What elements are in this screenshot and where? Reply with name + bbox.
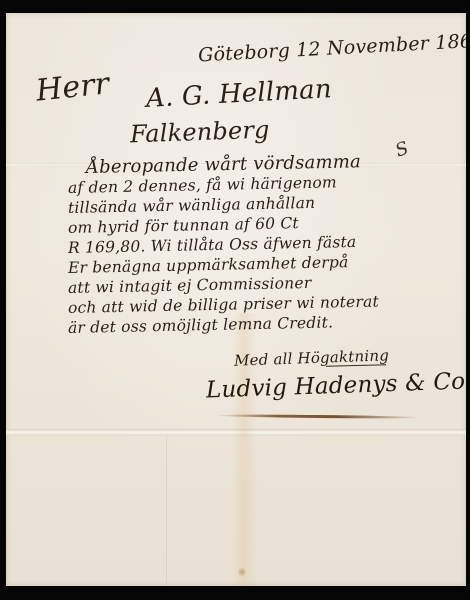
letter-corner-mark: S (393, 139, 411, 160)
letter-recipient-name: A. G. Hellman (145, 76, 332, 112)
letter-body-line: är det oss omöjligt lemna Credit. (68, 315, 333, 336)
letter-body-line: tillsända wår wänliga anhållan (68, 196, 316, 217)
letter-body-line: om hyrid för tunnan af 60 Ct (68, 216, 299, 236)
letter-recipient-place: Falkenberg (130, 118, 270, 147)
paper-stain-spot (238, 566, 246, 578)
letter-signature: Ludvig Hadenys & Co (206, 370, 466, 402)
letter-paper: Göteborg 12 November 1863 Herr A. G. Hel… (6, 13, 466, 586)
scan-frame: Göteborg 12 November 1863 Herr A. G. Hel… (0, 0, 470, 600)
letter-body-line: att wi intagit ej Commissioner (68, 276, 312, 297)
letter-dateline: Göteborg 12 November 1863 (198, 32, 466, 66)
letter-salutation: Herr (35, 69, 111, 107)
paper-crease-vertical (166, 436, 167, 586)
closing-underline (326, 364, 386, 367)
